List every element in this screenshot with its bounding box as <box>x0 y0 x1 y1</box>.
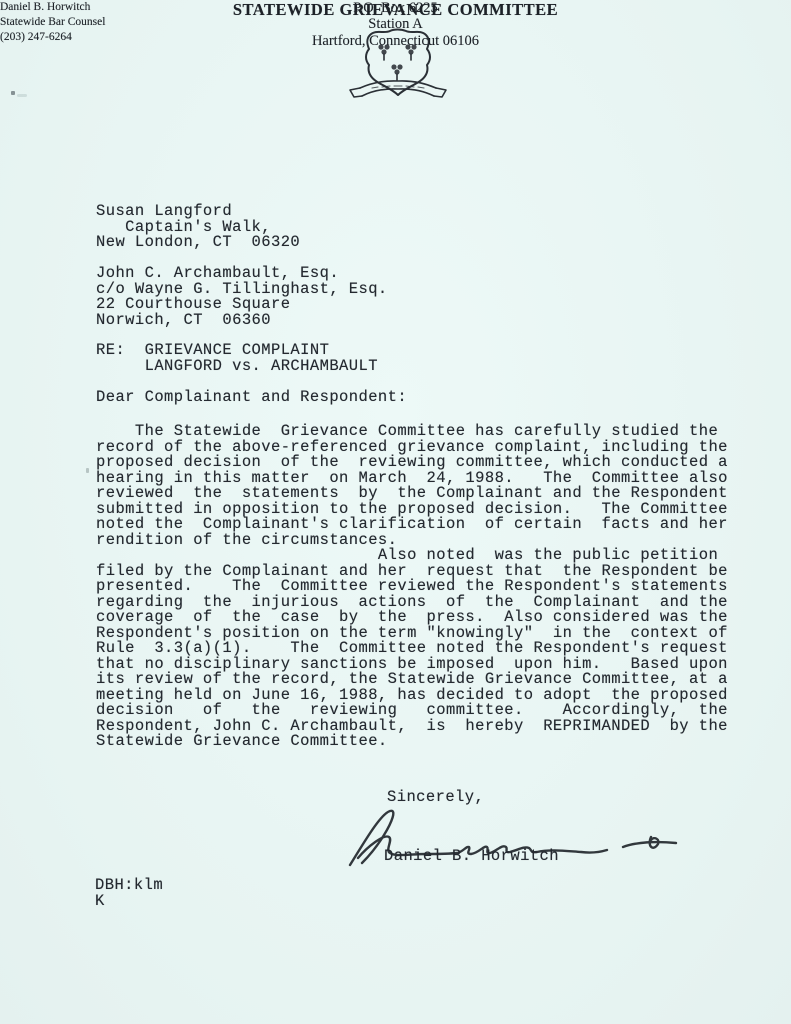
valediction: Sincerely, <box>387 790 484 806</box>
typist-initials: DBH:klm K <box>95 877 163 909</box>
recipient-addresses: Susan Langford Captain's Walk, New Londo… <box>96 204 388 328</box>
grapevine-bottom <box>391 64 402 80</box>
re-subject-line: RE: GRIEVANCE COMPLAINT LANGFORD vs. ARC… <box>96 343 378 374</box>
bar-counsel-contact: Daniel B. Horwitch Statewide Bar Counsel… <box>0 0 105 44</box>
salutation: Dear Complainant and Respondent: <box>96 390 407 406</box>
letter-body: The Statewide Grievance Committee has ca… <box>96 424 728 750</box>
scan-speck <box>86 468 89 473</box>
scanned-letter-page: STATEWIDE GRIEVANCE COMMITTEE P.O. Box 6… <box>0 0 791 1024</box>
scan-smudge <box>17 94 27 97</box>
signer-name: Daniel B. Horwitch <box>384 849 559 865</box>
committee-address: P.O. Box 6225 Station A Hartford, Connec… <box>0 0 791 49</box>
scan-speck <box>11 91 15 95</box>
